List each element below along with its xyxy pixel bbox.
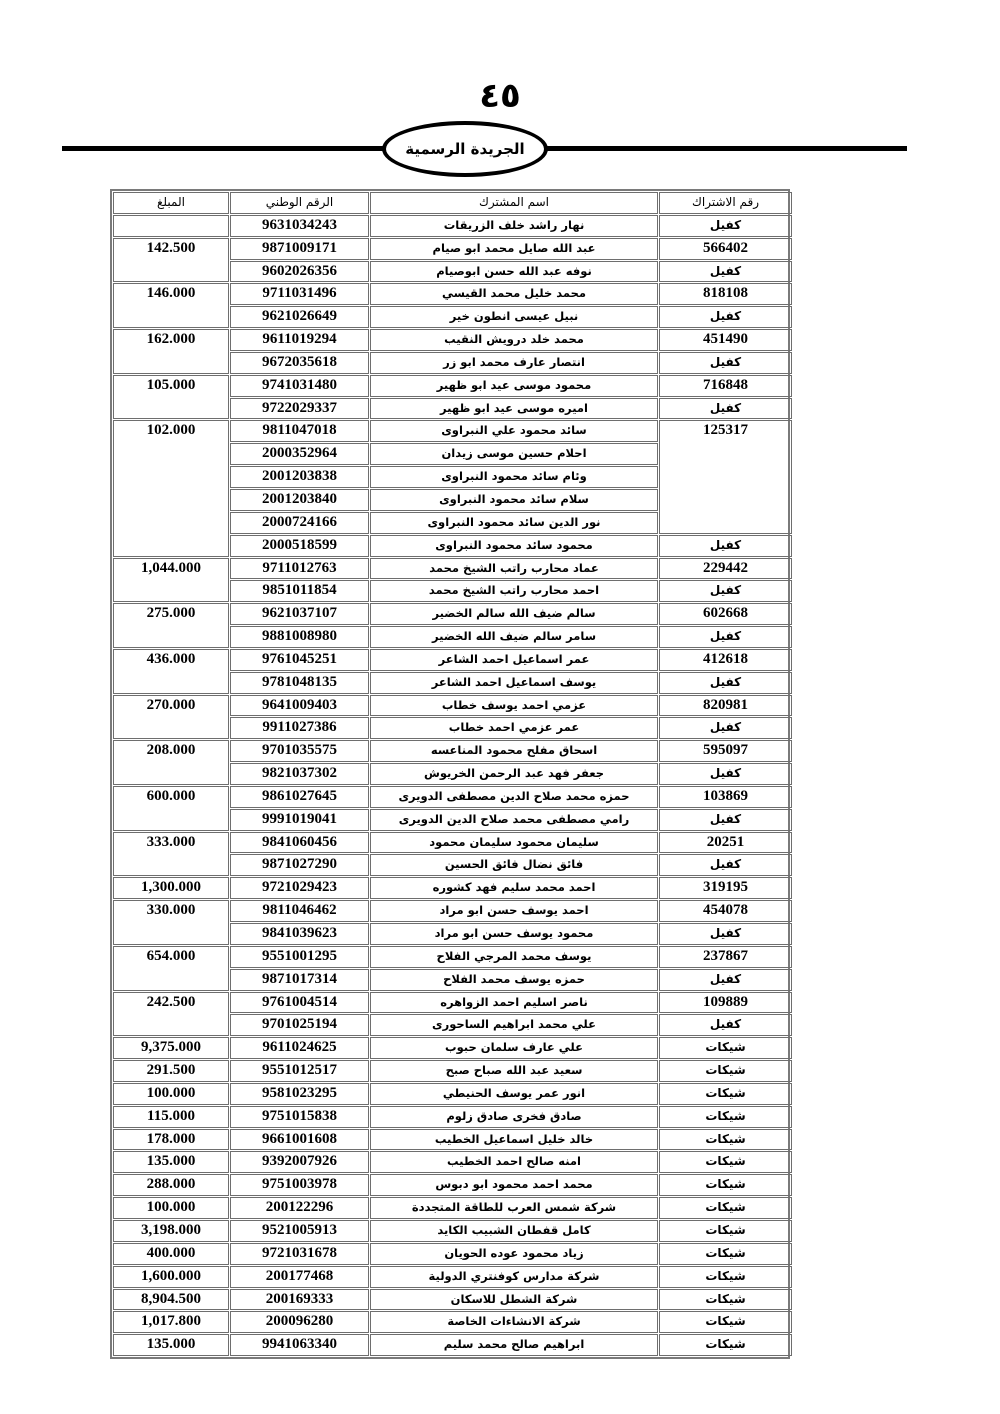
- cell-subscriber-name: اسحاق مفلح محمود المناعسه: [370, 740, 658, 762]
- cell-amount: 275.000: [113, 603, 229, 648]
- table-row: شيكاتابراهيم صالح محمد سليم9941063340135…: [113, 1334, 792, 1356]
- cell-subscription-no: شيكات: [659, 1334, 792, 1356]
- table-row: شيكاتمحمد احمد محمود ابو دبوس97510039782…: [113, 1174, 792, 1196]
- cell-national-id: 9871027290: [230, 854, 369, 876]
- cell-national-id: 2001203840: [230, 489, 369, 511]
- cell-subscription-no: 454078: [659, 900, 792, 922]
- cell-subscription-no: شيكات: [659, 1106, 792, 1128]
- subscribers-table: رقم الاشتراك اسم المشترك الرقم الوطني ال…: [110, 189, 790, 1359]
- cell-subscription-no: 229442: [659, 558, 792, 580]
- cell-national-id: 9621026649: [230, 306, 369, 328]
- table-row: كفيلنهار راشد خلف الزريقات9631034243: [113, 215, 792, 237]
- table-row: 237867يوسف محمد المرجي الفلاح95510012956…: [113, 946, 792, 968]
- cell-national-id: 9611019294: [230, 329, 369, 351]
- cell-subscriber-name: سعيد عبد الله صباح صبح: [370, 1060, 658, 1082]
- cell-subscription-no: كفيل: [659, 580, 792, 602]
- cell-subscription-no: شيكات: [659, 1037, 792, 1059]
- cell-amount: 600.000: [113, 786, 229, 831]
- cell-subscriber-name: علي عارف سلمان حبوب: [370, 1037, 658, 1059]
- cell-subscription-no: شيكات: [659, 1174, 792, 1196]
- cell-national-id: 200177468: [230, 1266, 369, 1288]
- cell-national-id: 2001203838: [230, 466, 369, 488]
- header-rule-left: [62, 146, 384, 151]
- cell-national-id: 9741031480: [230, 375, 369, 397]
- cell-subscription-no: كفيل: [659, 854, 792, 876]
- cell-subscriber-name: شركة الشطل للاسكان: [370, 1289, 658, 1311]
- cell-subscriber-name: شركة شمس العرب للطاقة المتجددة: [370, 1197, 658, 1219]
- cell-national-id: 9911027386: [230, 717, 369, 739]
- cell-subscriber-name: نبيل عيسى انطون خير: [370, 306, 658, 328]
- table-row: 20251سليمان محمود سليمان محمود9841060456…: [113, 832, 792, 854]
- cell-amount: 400.000: [113, 1243, 229, 1265]
- cell-amount: 135.000: [113, 1334, 229, 1356]
- cell-subscription-no: شيكات: [659, 1197, 792, 1219]
- cell-national-id: 9751015838: [230, 1106, 369, 1128]
- cell-subscriber-name: شركة الانشاءات الخاصة: [370, 1311, 658, 1333]
- cell-amount: 135.000: [113, 1151, 229, 1173]
- cell-subscription-no: كفيل: [659, 306, 792, 328]
- cell-subscriber-name: احمد محمد سليم فهد كشوره: [370, 877, 658, 899]
- cell-subscriber-name: نوفه عبد الله حسن ابوصيام: [370, 261, 658, 283]
- cell-subscription-no: شيكات: [659, 1289, 792, 1311]
- table-row: شيكاتشركة شمس العرب للطاقة المتجددة20012…: [113, 1197, 792, 1219]
- cell-national-id: 9672035618: [230, 352, 369, 374]
- cell-national-id: 9641009403: [230, 695, 369, 717]
- cell-subscription-no: كفيل: [659, 215, 792, 237]
- cell-amount: [113, 215, 229, 237]
- cell-subscriber-name: اميره موسى عيد ابو ظهير: [370, 398, 658, 420]
- table-row: شيكاتسعيد عبد الله صباح صبح9551012517291…: [113, 1060, 792, 1082]
- cell-subscriber-name: صادق فخرى صادق زلوم: [370, 1106, 658, 1128]
- cell-subscription-no: شيكات: [659, 1151, 792, 1173]
- cell-subscriber-name: ناصر اسليم احمد الزواهره: [370, 992, 658, 1014]
- cell-subscriber-name: محمود موسى عيد ابو ظهير: [370, 375, 658, 397]
- cell-amount: 1,017.800: [113, 1311, 229, 1333]
- cell-subscription-no: شيكات: [659, 1060, 792, 1082]
- cell-amount: 115.000: [113, 1106, 229, 1128]
- table-row: 595097اسحاق مفلح محمود المناعسه970103557…: [113, 740, 792, 762]
- cell-subscription-no: كفيل: [659, 763, 792, 785]
- cell-subscriber-name: سائد محمود علي النبراوى: [370, 420, 658, 442]
- table-row: 454078احمد يوسف حسن ابو مراد981104646233…: [113, 900, 792, 922]
- cell-national-id: 9871009171: [230, 238, 369, 260]
- cell-national-id: 9521005913: [230, 1220, 369, 1242]
- cell-subscriber-name: نهار راشد خلف الزريقات: [370, 215, 658, 237]
- cell-amount: 102.000: [113, 420, 229, 556]
- cell-subscriber-name: امنه صالح احمد الخطيب: [370, 1151, 658, 1173]
- col-header-amount: المبلغ: [113, 192, 229, 214]
- cell-amount: 1,300.000: [113, 877, 229, 899]
- cell-subscriber-name: خالد خليل اسماعيل الخطيب: [370, 1129, 658, 1151]
- cell-national-id: 9841039623: [230, 923, 369, 945]
- cell-subscriber-name: احمد يوسف حسن ابو مراد: [370, 900, 658, 922]
- table-row: 109889ناصر اسليم احمد الزواهره9761004514…: [113, 992, 792, 1014]
- cell-subscription-no: 451490: [659, 329, 792, 351]
- cell-subscription-no: كفيل: [659, 261, 792, 283]
- cell-subscriber-name: وئام سائد محمود النبراوى: [370, 466, 658, 488]
- cell-subscriber-name: يوسف اسماعيل احمد الشاعر: [370, 672, 658, 694]
- cell-amount: 654.000: [113, 946, 229, 991]
- cell-national-id: 9871017314: [230, 969, 369, 991]
- publication-title: الجريدة الرسمية: [405, 140, 524, 158]
- cell-subscriber-name: علي محمد ابراهيم الساحورى: [370, 1014, 658, 1036]
- cell-subscriber-name: عمر عزمي احمد خطاب: [370, 717, 658, 739]
- cell-subscription-no: 109889: [659, 992, 792, 1014]
- cell-subscription-no: شيكات: [659, 1220, 792, 1242]
- cell-national-id: 9811047018: [230, 420, 369, 442]
- cell-national-id: 9991019041: [230, 809, 369, 831]
- col-header-national-id: الرقم الوطني: [230, 192, 369, 214]
- cell-amount: 142.500: [113, 238, 229, 283]
- cell-national-id: 9861027645: [230, 786, 369, 808]
- cell-subscriber-name: محمود يوسف حسن ابو مراد: [370, 923, 658, 945]
- table-row: شيكاتعلي عارف سلمان حبوب96110246259,375.…: [113, 1037, 792, 1059]
- cell-national-id: 9751003978: [230, 1174, 369, 1196]
- cell-subscriber-name: سليمان محمود سليمان محمود: [370, 832, 658, 854]
- cell-subscription-no: شيكات: [659, 1129, 792, 1151]
- cell-subscriber-name: فائق نضال فائق الحسين: [370, 854, 658, 876]
- cell-subscription-no: 103869: [659, 786, 792, 808]
- cell-amount: 333.000: [113, 832, 229, 877]
- cell-amount: 288.000: [113, 1174, 229, 1196]
- cell-national-id: 9661001608: [230, 1129, 369, 1151]
- cell-subscription-no: 20251: [659, 832, 792, 854]
- cell-amount: 1,600.000: [113, 1266, 229, 1288]
- cell-subscriber-name: يوسف محمد المرجي الفلاح: [370, 946, 658, 968]
- cell-subscriber-name: انتصار عارف محمد ابو زر: [370, 352, 658, 374]
- cell-subscriber-name: شركة مدارس كوفنتري الدولية: [370, 1266, 658, 1288]
- table-row: 319195احمد محمد سليم فهد كشوره9721029423…: [113, 877, 792, 899]
- cell-national-id: 9581023295: [230, 1083, 369, 1105]
- table-row: شيكاتشركة الانشاءات الخاصة2000962801,017…: [113, 1311, 792, 1333]
- cell-subscription-no: كفيل: [659, 672, 792, 694]
- cell-subscriber-name: سلام سائد محمود النبراوى: [370, 489, 658, 511]
- table-row: شيكاتخالد خليل اسماعيل الخطيب96610016081…: [113, 1129, 792, 1151]
- table-row: شيكاتشركة الشطل للاسكان2001693338,904.50…: [113, 1289, 792, 1311]
- cell-amount: 178.000: [113, 1129, 229, 1151]
- cell-subscriber-name: ابراهيم صالح محمد سليم: [370, 1334, 658, 1356]
- cell-national-id: 9551012517: [230, 1060, 369, 1082]
- cell-national-id: 2000518599: [230, 535, 369, 557]
- table-row: 229442عماد محارب راتب الشيخ محمد97110127…: [113, 558, 792, 580]
- cell-national-id: 9711031496: [230, 283, 369, 305]
- cell-subscription-no: كفيل: [659, 969, 792, 991]
- cell-amount: 105.000: [113, 375, 229, 420]
- cell-subscription-no: 237867: [659, 946, 792, 968]
- table-row: 602668سالم ضيف الله سالم الخضير962103710…: [113, 603, 792, 625]
- cell-subscriber-name: عماد محارب راتب الشيخ محمد: [370, 558, 658, 580]
- cell-subscriber-name: محمد خليل محمد القيسي: [370, 283, 658, 305]
- cell-national-id: 9701025194: [230, 1014, 369, 1036]
- cell-amount: 1,044.000: [113, 558, 229, 603]
- table-row: شيكاتكامل قفطان الشبيب الكايد95210059133…: [113, 1220, 792, 1242]
- table-body: كفيلنهار راشد خلف الزريقات96310342435664…: [113, 215, 792, 1356]
- cell-amount: 3,198.000: [113, 1220, 229, 1242]
- table-row: شيكاتزياد محمود عوده الحويان972103167840…: [113, 1243, 792, 1265]
- cell-subscriber-name: محمد احمد محمود ابو دبوس: [370, 1174, 658, 1196]
- table-row: 566402عبد الله صايل محمد ابو صيام9871009…: [113, 238, 792, 260]
- cell-amount: 100.000: [113, 1197, 229, 1219]
- cell-national-id: 9701035575: [230, 740, 369, 762]
- publication-emblem: الجريدة الرسمية: [382, 121, 548, 177]
- cell-national-id: 9941063340: [230, 1334, 369, 1356]
- header-rule-right: [546, 146, 907, 151]
- cell-subscriber-name: عبد الله صايل محمد ابو صيام: [370, 238, 658, 260]
- cell-national-id: 9611024625: [230, 1037, 369, 1059]
- cell-subscriber-name: سالم ضيف الله سالم الخضير: [370, 603, 658, 625]
- cell-amount: 436.000: [113, 649, 229, 694]
- table-row: شيكاتامنه صالح احمد الخطيب9392007926135.…: [113, 1151, 792, 1173]
- cell-subscriber-name: حمزه محمد صلاح الدين مصطفى الدويرى: [370, 786, 658, 808]
- table-row: 125317سائد محمود علي النبراوى98110470181…: [113, 420, 792, 442]
- cell-subscription-no: 595097: [659, 740, 792, 762]
- cell-subscriber-name: احمد محارب راتب الشيخ محمد: [370, 580, 658, 602]
- cell-national-id: 9621037107: [230, 603, 369, 625]
- cell-amount: 291.500: [113, 1060, 229, 1082]
- cell-amount: 8,904.500: [113, 1289, 229, 1311]
- cell-subscriber-name: سامر سالم ضيف الله الخضير: [370, 626, 658, 648]
- cell-subscription-no: 820981: [659, 695, 792, 717]
- cell-subscription-no: 818108: [659, 283, 792, 305]
- cell-subscriber-name: زياد محمود عوده الحويان: [370, 1243, 658, 1265]
- cell-amount: 270.000: [113, 695, 229, 740]
- cell-national-id: 2000724166: [230, 512, 369, 534]
- cell-national-id: 200122296: [230, 1197, 369, 1219]
- cell-subscription-no: كفيل: [659, 1014, 792, 1036]
- table-row: 451490محمد خلد درويش النقيب9611019294162…: [113, 329, 792, 351]
- cell-national-id: 9761045251: [230, 649, 369, 671]
- cell-subscriber-name: محمد خلد درويش النقيب: [370, 329, 658, 351]
- cell-amount: 9,375.000: [113, 1037, 229, 1059]
- cell-national-id: 9721031678: [230, 1243, 369, 1265]
- table-header-row: رقم الاشتراك اسم المشترك الرقم الوطني ال…: [113, 192, 792, 214]
- cell-subscription-no: كفيل: [659, 626, 792, 648]
- table-row: 818108محمد خليل محمد القيسي9711031496146…: [113, 283, 792, 305]
- cell-national-id: 9551001295: [230, 946, 369, 968]
- cell-subscriber-name: عزمي احمد يوسف خطاب: [370, 695, 658, 717]
- table-row: شيكاتانور عمر يوسف الحنيطي9581023295100.…: [113, 1083, 792, 1105]
- cell-subscription-no: كفيل: [659, 352, 792, 374]
- cell-national-id: 9711012763: [230, 558, 369, 580]
- cell-national-id: 9722029337: [230, 398, 369, 420]
- cell-subscription-no: شيكات: [659, 1266, 792, 1288]
- cell-subscription-no: 412618: [659, 649, 792, 671]
- col-header-subscription-no: رقم الاشتراك: [659, 192, 792, 214]
- table-row: 103869حمزه محمد صلاح الدين مصطفى الدويرى…: [113, 786, 792, 808]
- cell-national-id: 9602026356: [230, 261, 369, 283]
- cell-national-id: 9721029423: [230, 877, 369, 899]
- cell-national-id: 9821037302: [230, 763, 369, 785]
- cell-national-id: 9881008980: [230, 626, 369, 648]
- cell-national-id: 200096280: [230, 1311, 369, 1333]
- cell-amount: 330.000: [113, 900, 229, 945]
- cell-subscriber-name: كامل قفطان الشبيب الكايد: [370, 1220, 658, 1242]
- cell-subscription-no: شيكات: [659, 1311, 792, 1333]
- cell-amount: 100.000: [113, 1083, 229, 1105]
- cell-subscription-no: 319195: [659, 877, 792, 899]
- cell-amount: 208.000: [113, 740, 229, 785]
- cell-amount: 146.000: [113, 283, 229, 328]
- table-row: شيكاتشركة مدارس كوفنتري الدولية200177468…: [113, 1266, 792, 1288]
- cell-subscriber-name: نور الدين سائد محمود النبراوى: [370, 512, 658, 534]
- cell-national-id: 9392007926: [230, 1151, 369, 1173]
- cell-national-id: 9851011854: [230, 580, 369, 602]
- cell-national-id: 9781048135: [230, 672, 369, 694]
- cell-subscription-no: 716848: [659, 375, 792, 397]
- cell-subscriber-name: جعفر فهد عبد الرحمن الخريوش: [370, 763, 658, 785]
- table-row: 412618عمر اسماعيل احمد الشاعر97610452514…: [113, 649, 792, 671]
- cell-subscriber-name: رامي مصطفى محمد صلاح الدين الدويرى: [370, 809, 658, 831]
- page-number: ٤٥: [0, 76, 1000, 116]
- table-row: 716848محمود موسى عيد ابو ظهير97410314801…: [113, 375, 792, 397]
- cell-national-id: 200169333: [230, 1289, 369, 1311]
- cell-subscription-no: كفيل: [659, 535, 792, 557]
- table-row: شيكاتصادق فخرى صادق زلوم9751015838115.00…: [113, 1106, 792, 1128]
- col-header-subscriber-name: اسم المشترك: [370, 192, 658, 214]
- cell-amount: 242.500: [113, 992, 229, 1037]
- cell-subscription-no: كفيل: [659, 717, 792, 739]
- cell-subscription-no: 125317: [659, 420, 792, 533]
- cell-amount: 162.000: [113, 329, 229, 374]
- cell-national-id: 9811046462: [230, 900, 369, 922]
- cell-national-id: 9631034243: [230, 215, 369, 237]
- cell-national-id: 9841060456: [230, 832, 369, 854]
- cell-subscription-no: 602668: [659, 603, 792, 625]
- table-row: 820981عزمي احمد يوسف خطاب9641009403270.0…: [113, 695, 792, 717]
- cell-subscriber-name: احلام حسين موسى زيدان: [370, 443, 658, 465]
- cell-national-id: 2000352964: [230, 443, 369, 465]
- cell-subscription-no: كفيل: [659, 809, 792, 831]
- cell-national-id: 9761004514: [230, 992, 369, 1014]
- cell-subscription-no: كفيل: [659, 398, 792, 420]
- cell-subscription-no: شيكات: [659, 1083, 792, 1105]
- cell-subscriber-name: عمر اسماعيل احمد الشاعر: [370, 649, 658, 671]
- cell-subscriber-name: محمود سائد محمود النبراوى: [370, 535, 658, 557]
- cell-subscription-no: كفيل: [659, 923, 792, 945]
- cell-subscription-no: شيكات: [659, 1243, 792, 1265]
- cell-subscriber-name: انور عمر يوسف الحنيطي: [370, 1083, 658, 1105]
- cell-subscriber-name: حمزه يوسف محمد الفلاح: [370, 969, 658, 991]
- cell-subscription-no: 566402: [659, 238, 792, 260]
